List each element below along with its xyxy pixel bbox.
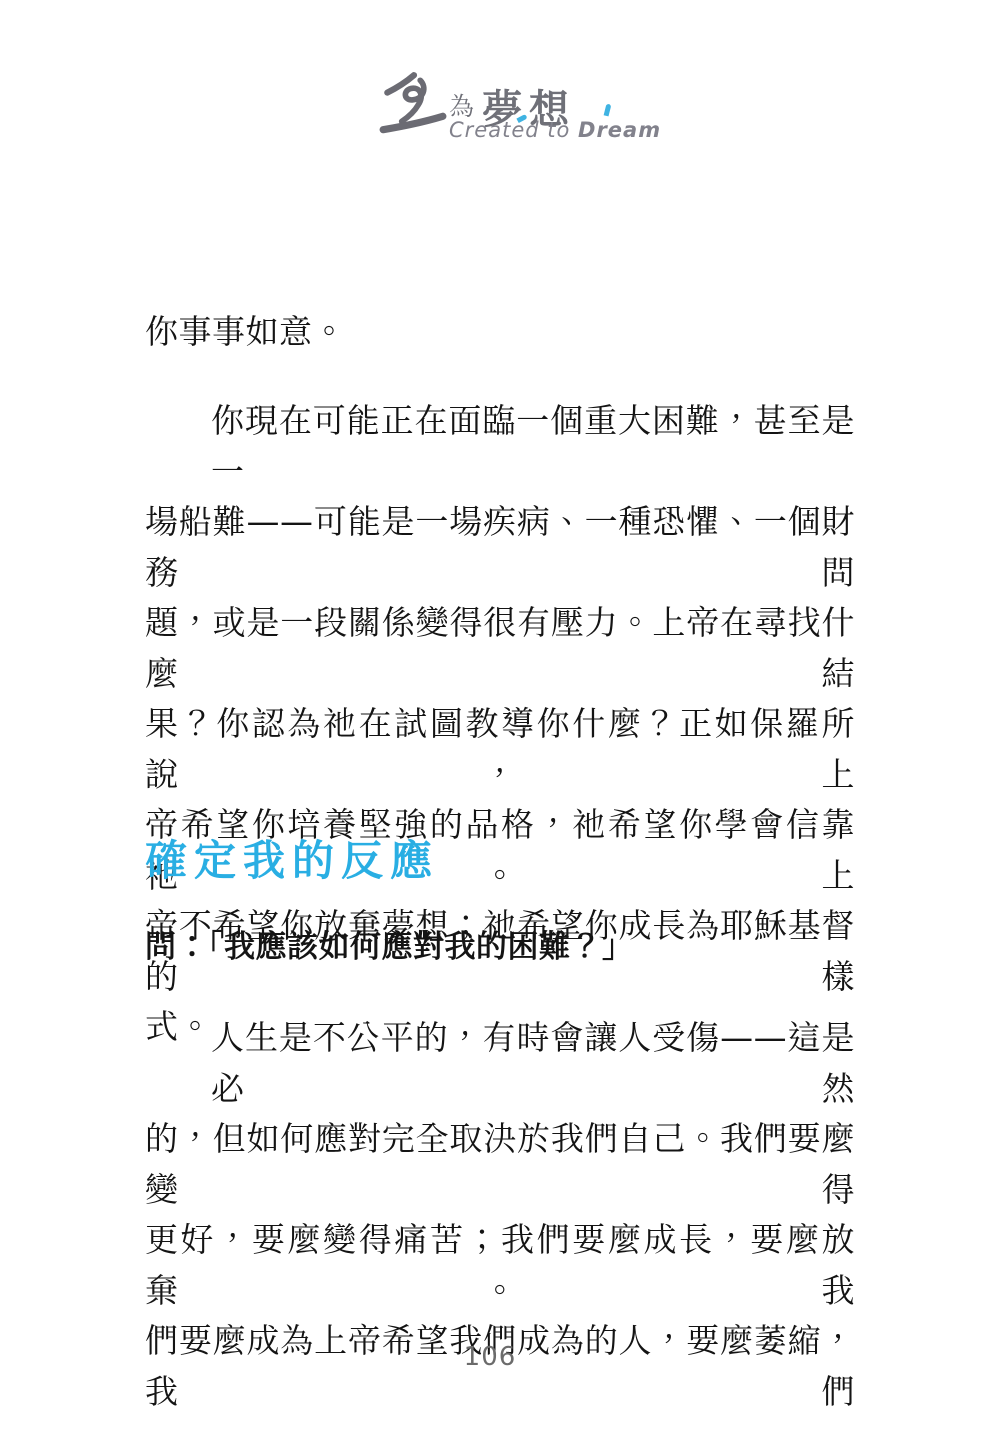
question-line: 問：「我應該如何應對我的困難？」 (145, 922, 634, 972)
paragraph-1: 你事事如意。 (145, 307, 855, 358)
body-line: 你現在可能正在面臨一個重大困難，甚至是一 (145, 396, 855, 497)
body-line: 果？你認為祂在試圖教導你什麼？正如保羅所說，上 (145, 699, 855, 800)
logo-tagline-bold: Dream (578, 118, 661, 142)
logo-wei-character: 為 (449, 92, 482, 121)
logo-tagline-regular: Created to (449, 118, 578, 142)
brand-calligraphy-icon (377, 68, 449, 144)
section-heading: 確定我的反應 (145, 833, 439, 889)
body-line: 你事事如意。 (145, 307, 855, 358)
body-line: 題，或是一段關係變得很有壓力。上帝在尋找什麼結 (145, 598, 855, 699)
book-page: 為夢想 Created to Dream 你事事如意。 你現在可能正在面臨一個重… (0, 0, 1000, 1438)
body-line: 的，但如何應對完全取決於我們自己。我們要麼變得 (145, 1114, 855, 1215)
brand-logo: 為夢想 Created to Dream (365, 60, 615, 150)
body-line: 人生是不公平的，有時會讓人受傷——這是必然 (145, 1013, 855, 1114)
logo-tagline: Created to Dream (449, 118, 661, 142)
page-number: 106 (0, 1340, 980, 1374)
body-line: 更好，要麼變得痛苦；我們要麼成長，要麼放棄。我 (145, 1215, 855, 1316)
body-line: 場船難——可能是一場疾病、一種恐懼、一個財務問 (145, 497, 855, 598)
book-page-screenshot: { "logo": { "symbol": "生", "cjk_prefix":… (0, 0, 1000, 1438)
logo-accent-mark (604, 104, 612, 117)
